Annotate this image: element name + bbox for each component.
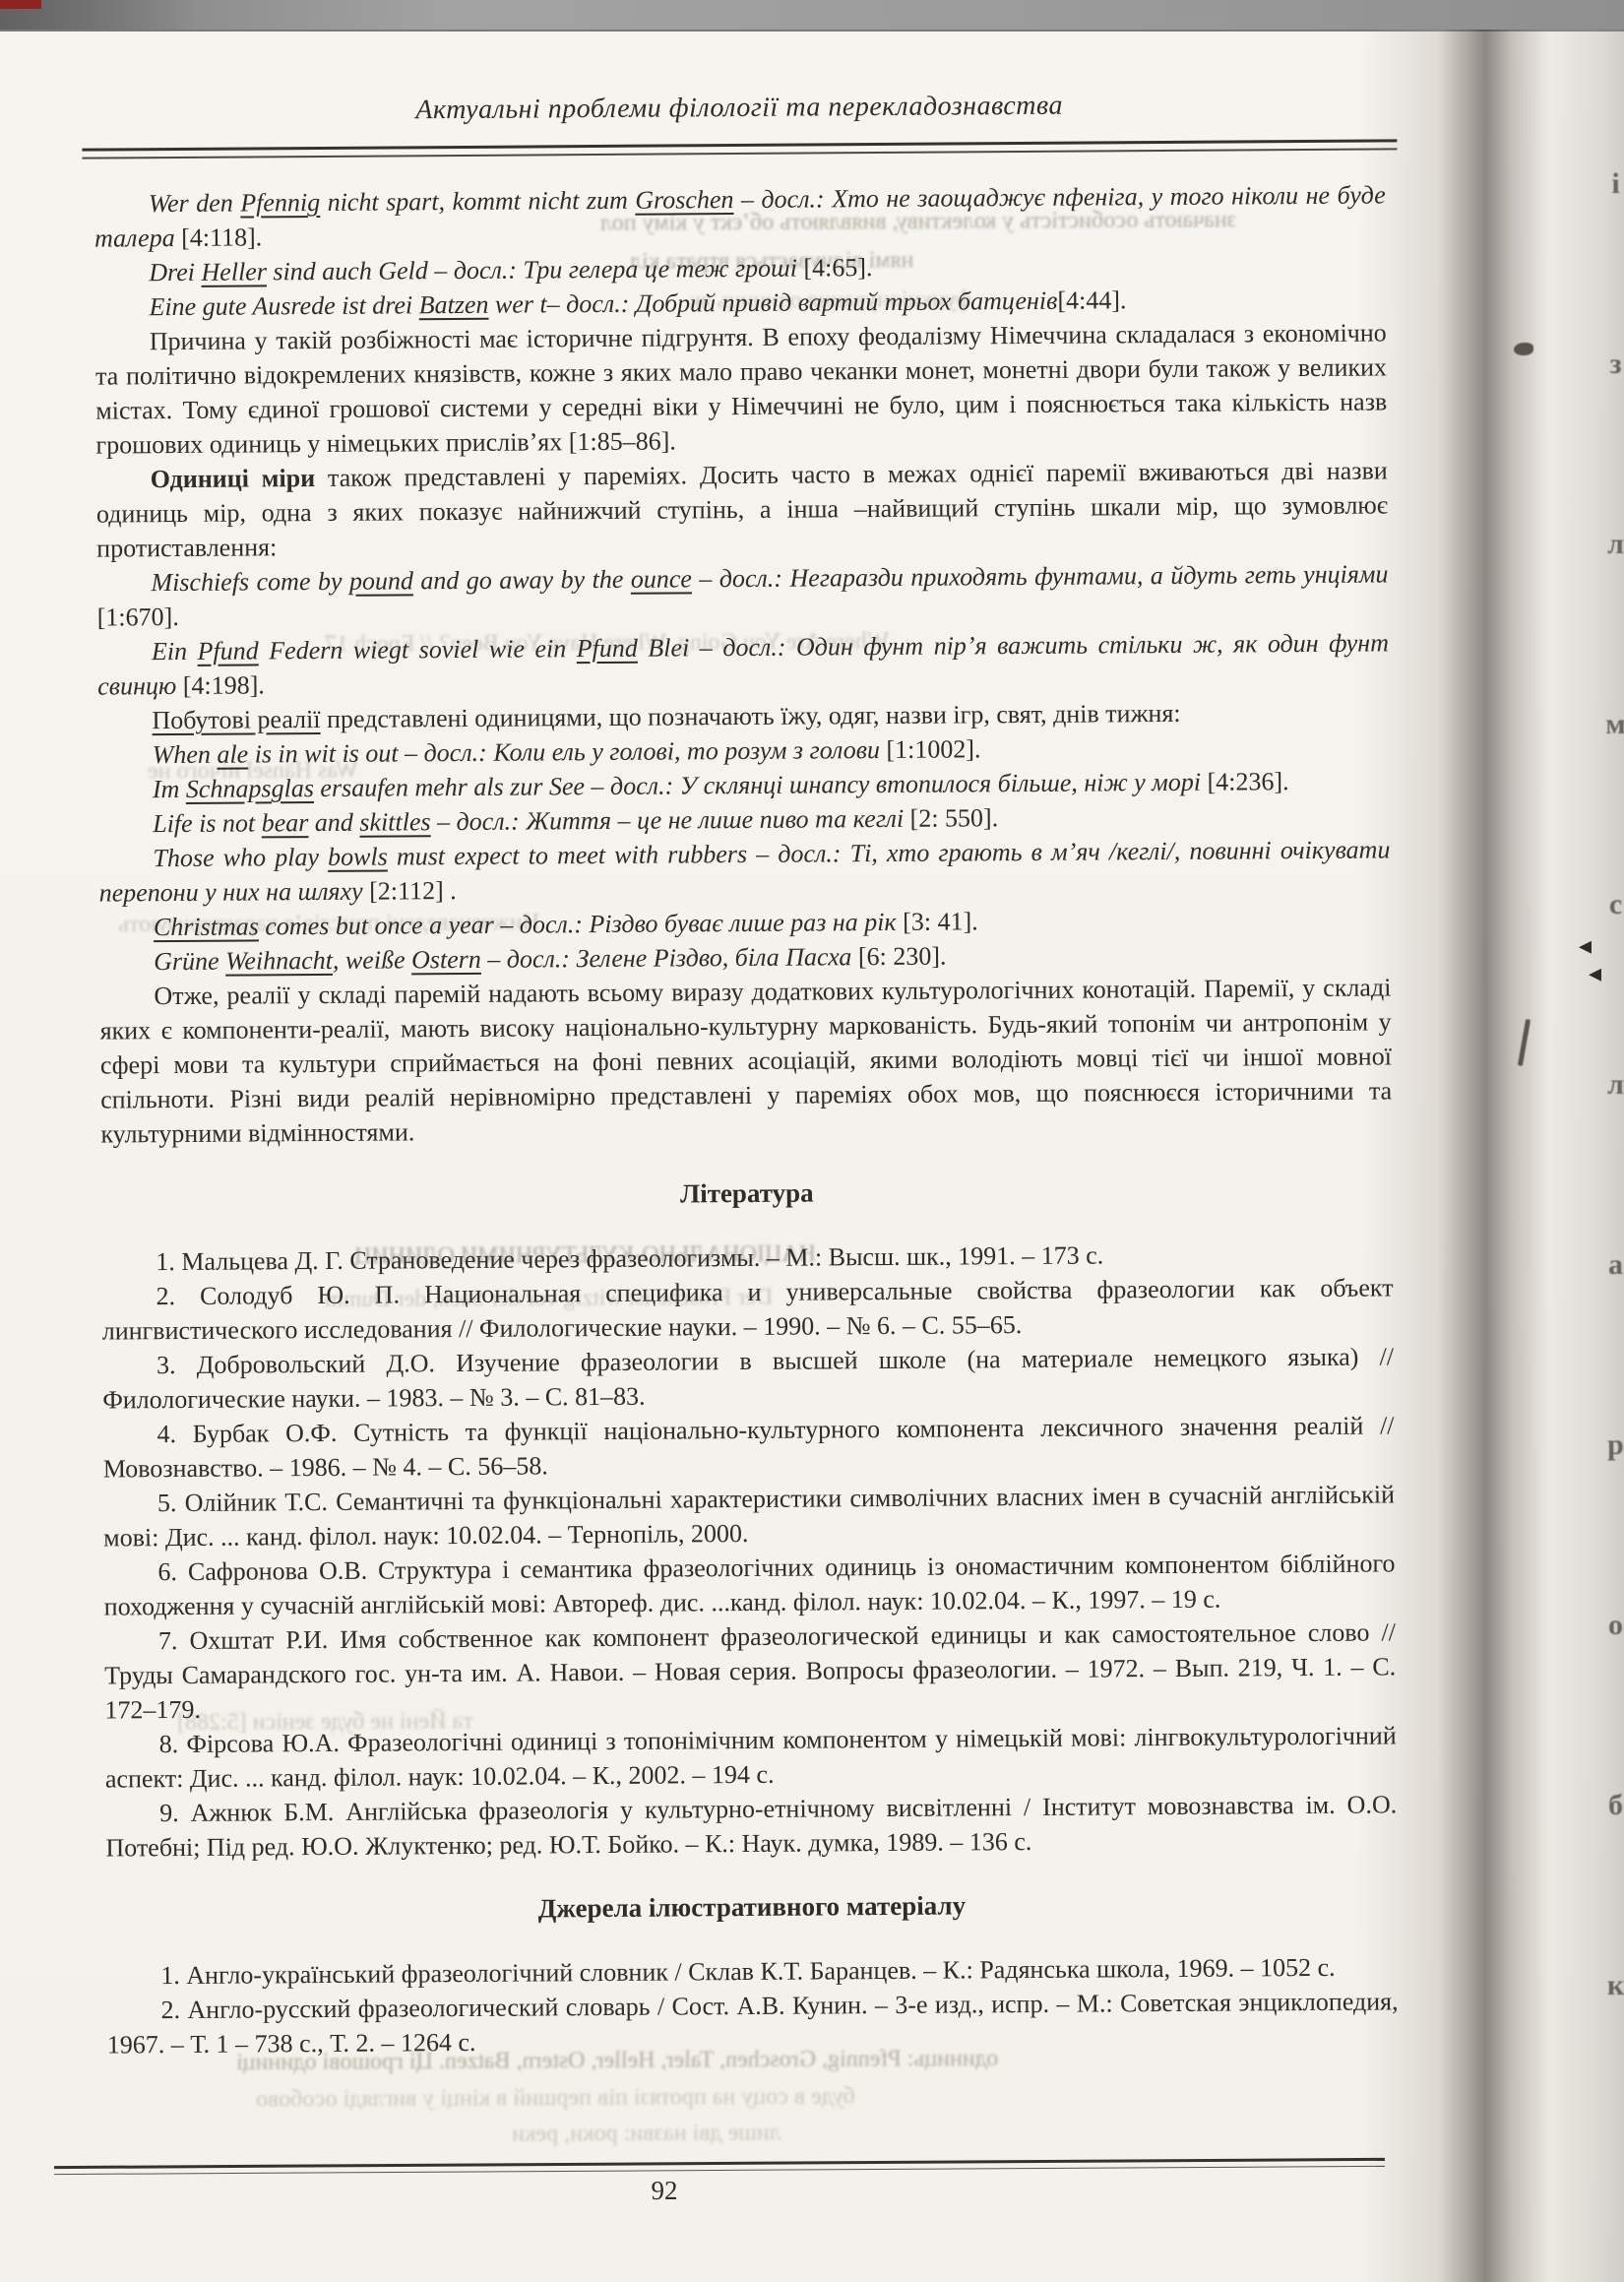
text-run: [2:112] . xyxy=(369,876,457,906)
source-item: 2. Англо-русский фразеологический словар… xyxy=(106,1984,1398,2061)
footer-rule xyxy=(54,2158,1385,2175)
text-run: and go away by the xyxy=(413,565,631,596)
reference-item: 7. Охштат Р.И. Имя собственное как компо… xyxy=(104,1615,1397,1727)
text-run: Schnapsglas xyxy=(186,774,314,803)
text-run: Отже, реалії у складі паремій надають вс… xyxy=(100,973,1393,1148)
text-run: Eine gute Ausrede ist drei xyxy=(149,290,418,321)
header-rule xyxy=(82,139,1397,158)
text-run: Life is not xyxy=(153,808,262,838)
text-run: Groschen xyxy=(635,185,733,215)
bleed-through-line: буде в соцу на протязі пів перший в кінц… xyxy=(256,2083,855,2113)
text-run: Причина у такій розбіжності має історичн… xyxy=(95,318,1387,459)
body-paragraph: Отже, реалії у складі паремій надають вс… xyxy=(99,970,1392,1151)
scanned-journal-page: ізлмсларобк значають особистість у колек… xyxy=(0,0,1624,2282)
text-run: ounce xyxy=(631,564,692,593)
page-content: Актуальні проблеми філології та переклад… xyxy=(94,86,1399,2061)
text-run: bear xyxy=(262,808,309,837)
book-cover-corner xyxy=(0,0,41,9)
sources-heading: Джерела ілюстративного матеріалу xyxy=(106,1885,1398,1929)
text-run: [4:118]. xyxy=(181,222,262,252)
text-run: ersaufen mehr als zur See – досл.: У скл… xyxy=(314,768,1208,802)
text-run: Pfennig xyxy=(240,188,320,218)
body-paragraph: Одиниці міри також представлені у паремі… xyxy=(96,453,1389,565)
text-run: Одиниці міри xyxy=(151,464,316,493)
text-run: Federn wiegt soviel wie ein xyxy=(259,634,577,665)
text-run: – досл.: Негаразди приходять фунтами, а … xyxy=(692,559,1389,593)
reference-item: 8. Фірсова Ю.А. Фразеологічні одиниці з … xyxy=(105,1718,1397,1796)
text-run: Drei xyxy=(149,258,201,286)
text-run: Christmas xyxy=(154,912,259,941)
bleed-through-line: лише дві назви: роки, реки xyxy=(512,2120,781,2147)
literature-heading: Література xyxy=(101,1172,1393,1215)
text-run: Those who play xyxy=(153,843,328,872)
text-run: Pfund xyxy=(577,634,638,663)
text-run: [4:198]. xyxy=(183,670,265,700)
text-run: Ein xyxy=(152,637,198,666)
text-run: Grüne xyxy=(154,947,225,977)
text-run: Im xyxy=(153,775,186,803)
text-run: [3: 41]. xyxy=(903,907,978,936)
text-run: – досл.: Життя – це не лише пиво та кегл… xyxy=(430,804,909,836)
reference-item: 2. Солодуб Ю. П. Национальная специфика … xyxy=(101,1270,1393,1348)
example-paragraph: Ein Pfund Federn wiegt soviel wie ein Pf… xyxy=(97,625,1389,703)
text-run: sind auch Geld – досл.: Три гелера це те… xyxy=(267,254,804,286)
text-run: skittles xyxy=(359,807,430,837)
book-gutter-shadow xyxy=(1358,30,1624,2282)
text-run: wer t– досл.: Добрий привід вартий трьох… xyxy=(488,286,1057,319)
running-header: Актуальні проблеми філології та переклад… xyxy=(94,86,1385,130)
facing-page-text-sliver: ізлмсларобк xyxy=(1598,167,1624,2149)
text-run: [4:236]. xyxy=(1207,767,1288,796)
text-run: bowls xyxy=(328,843,388,871)
text-run: [4:65]. xyxy=(803,253,872,282)
ink-smudge xyxy=(1514,343,1533,355)
page-number: 92 xyxy=(20,2176,1309,2206)
text-run: ale xyxy=(217,739,248,768)
text-run: When xyxy=(153,740,218,769)
text-run: – досл.: Зелене Різдво, біла Пасха xyxy=(481,942,858,974)
text-run: Mischiefs come by xyxy=(151,567,349,597)
text-run: [4:44]. xyxy=(1057,285,1126,314)
text-run: [6: 230]. xyxy=(858,942,947,972)
text-run: Wer den xyxy=(149,189,241,219)
reference-item: 4. Бурбак О.Ф. Сутність та функції націо… xyxy=(102,1408,1394,1486)
example-paragraph: Those who play bowls must expect to meet… xyxy=(98,832,1390,910)
text-run: nicht spart, kommt nicht zum xyxy=(320,186,635,217)
text-run: Ostern xyxy=(411,945,481,974)
text-run: pound xyxy=(349,566,413,595)
text-run: Batzen xyxy=(419,290,489,319)
text-run: , weiße xyxy=(333,945,411,975)
text-run: Heller xyxy=(201,257,267,285)
text-run: Побутові реалії xyxy=(152,705,320,734)
reference-item: 6. Сафронова О.В. Структура і семантика … xyxy=(103,1546,1395,1623)
example-paragraph: Wer den Pfennig nicht spart, kommt nicht… xyxy=(94,177,1386,255)
text-run: is in wit is out – досл.: Коли ель у гол… xyxy=(248,735,886,769)
reference-item: 9. Ажнюк Б.М. Англійська фразеологія у к… xyxy=(105,1787,1397,1865)
scanner-edge-band xyxy=(0,0,1624,32)
text-run: [1:1002]. xyxy=(886,734,980,764)
reference-item: 3. Добровольский Д.О. Изучение фразеолог… xyxy=(102,1339,1394,1417)
text-run: Weihnacht xyxy=(225,946,333,976)
text-run: comes but once a year – досл.: Різдво бу… xyxy=(259,908,904,941)
text-run: [2: 550]. xyxy=(910,803,999,833)
text-run: [1:670]. xyxy=(97,602,179,632)
example-paragraph: Mischiefs come by pound and go away by t… xyxy=(96,556,1388,634)
text-run: представлені одиницями, що позначають їж… xyxy=(320,699,1180,733)
reference-item: 5. Олійник Т.С. Семантичні та функціонал… xyxy=(103,1477,1395,1554)
margin-arrow-mark-icon: ◂ xyxy=(1589,961,1601,986)
margin-arrow-mark-icon: ◂ xyxy=(1579,933,1592,959)
text-run: and xyxy=(308,808,359,837)
text-run: Pfund xyxy=(197,636,258,665)
body-paragraph: Причина у такій розбіжності має історичн… xyxy=(95,315,1388,462)
